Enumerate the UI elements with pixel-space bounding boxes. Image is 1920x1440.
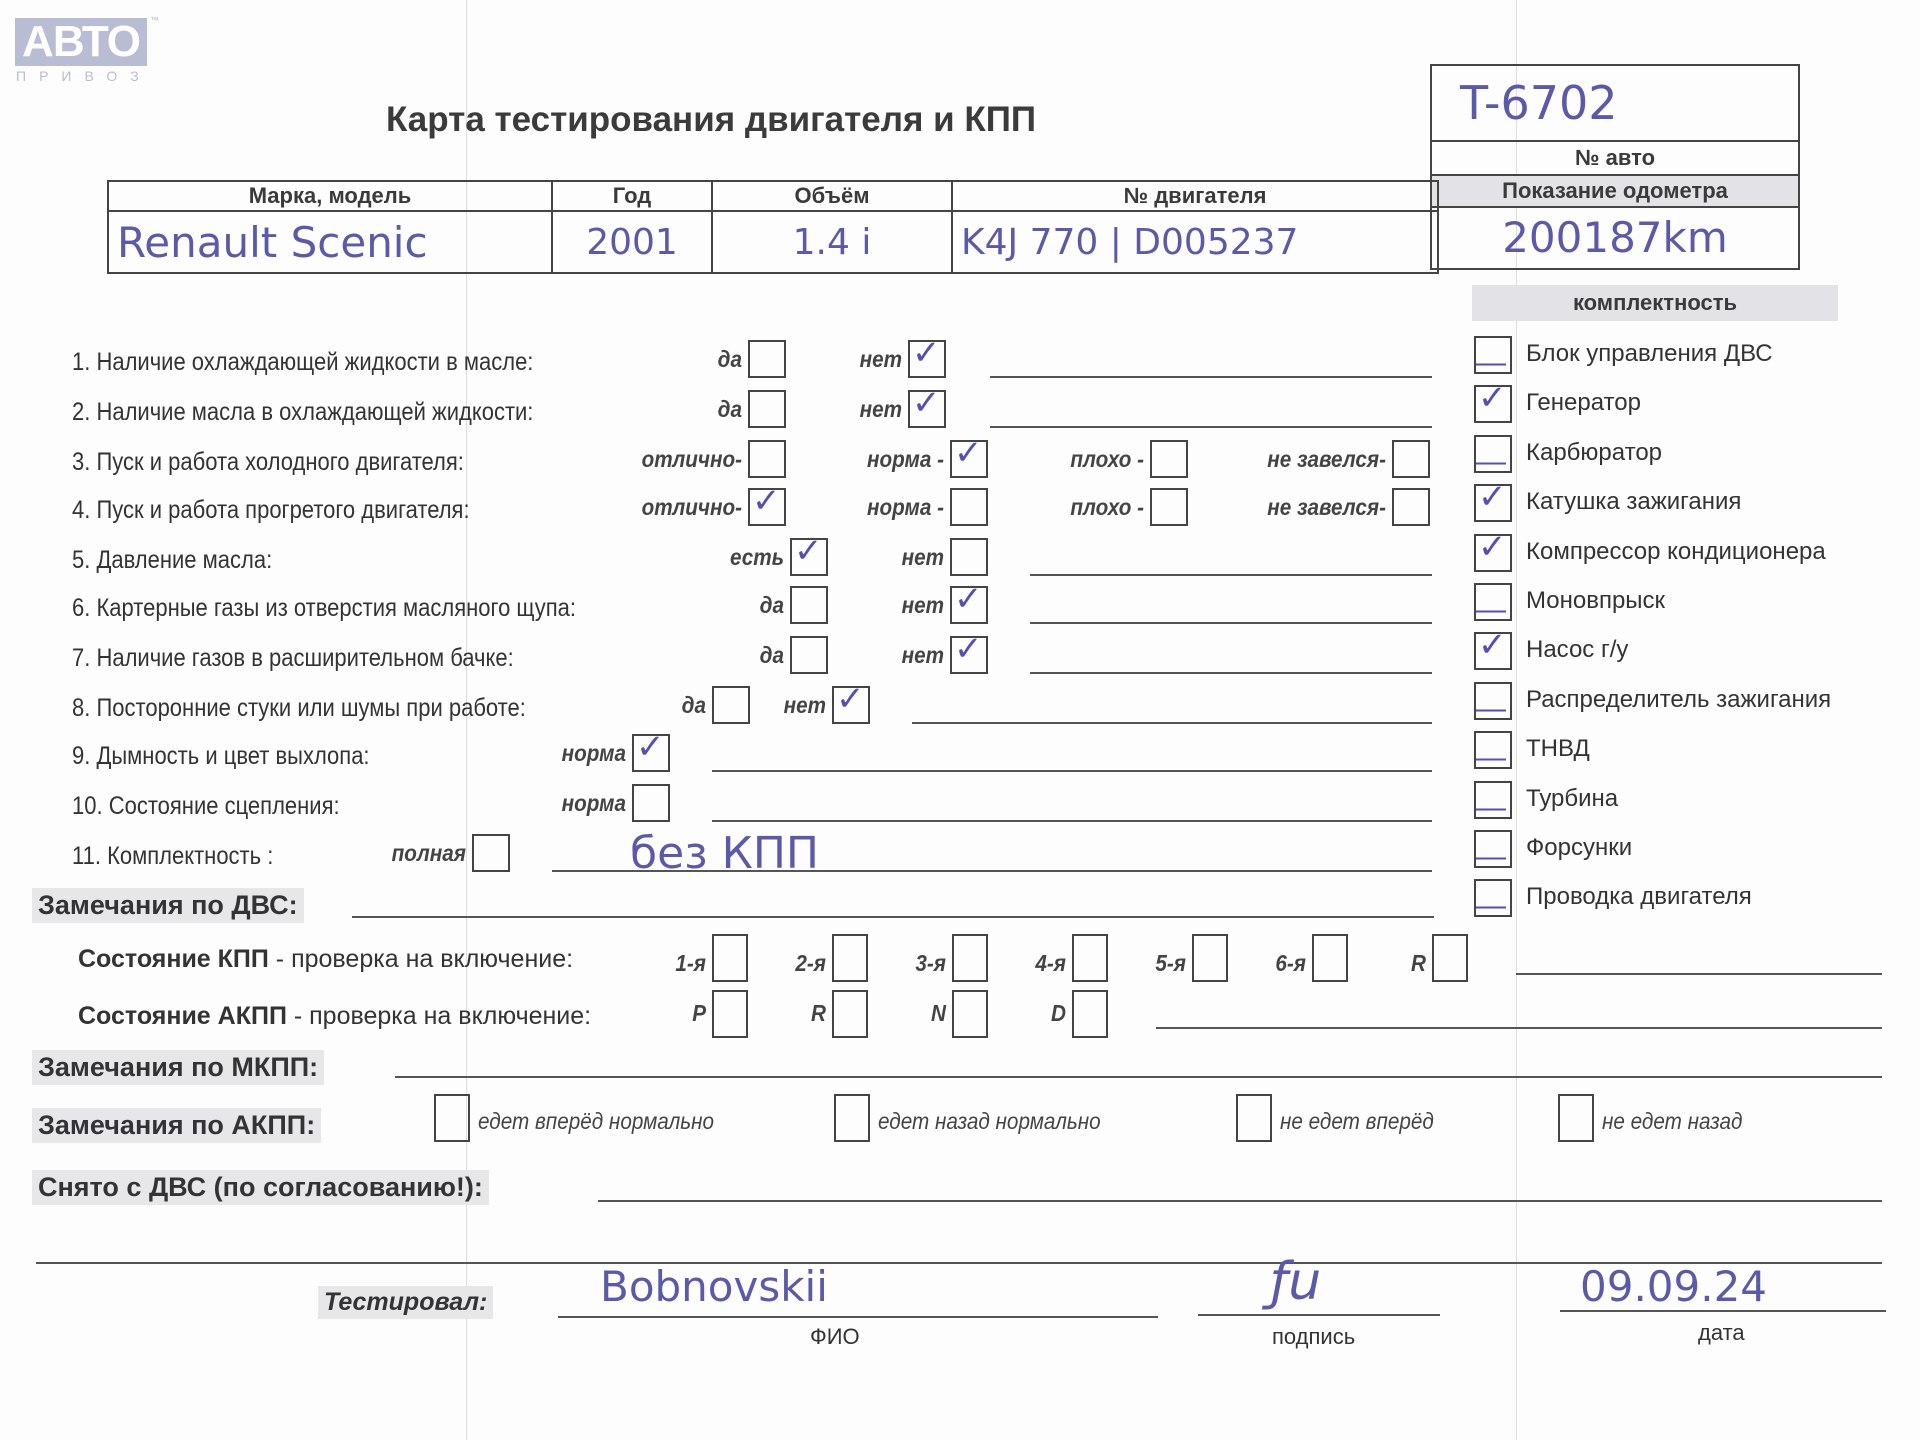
checkbox[interactable]: —	[1474, 830, 1512, 868]
option-label: R	[754, 1000, 826, 1027]
akpp-option-label: не едет назад	[1602, 1108, 1742, 1135]
dash-mark-icon: —	[1476, 743, 1506, 773]
check-notes-field[interactable]	[990, 376, 1432, 378]
akpp-option-label: не едет вперёд	[1280, 1108, 1434, 1135]
check-notes-field[interactable]	[1030, 574, 1432, 576]
dash-mark-icon: —	[1476, 891, 1506, 921]
option-label: нет	[767, 346, 902, 373]
akpp-notes-field[interactable]	[1156, 1027, 1882, 1029]
dash-mark-icon: —	[1476, 595, 1506, 625]
tested-by-label: Тестировал:	[318, 1286, 493, 1319]
check-row-label: 2. Наличие масла в охлаждающей жидкости:	[72, 398, 533, 427]
option-label: да	[607, 346, 742, 373]
check-row-label: 9. Дымность и цвет выхлопа:	[72, 742, 370, 771]
logo: АВТО	[15, 18, 147, 66]
checkbox[interactable]	[434, 1094, 470, 1142]
option-label: да	[649, 642, 784, 669]
tester-name: Bobnovskii	[600, 1262, 828, 1311]
checkbox[interactable]: ✓	[632, 734, 670, 772]
check-row-label: 4. Пуск и работа прогретого двигателя:	[72, 496, 470, 525]
kit-item-label: ТНВД	[1526, 735, 1590, 763]
option-label: нет	[809, 592, 944, 619]
remarks-engine-field[interactable]	[352, 916, 1434, 918]
option-label: R	[1354, 950, 1426, 977]
checkbox[interactable]: ✓	[950, 586, 988, 624]
checkbox[interactable]: ✓	[748, 488, 786, 526]
option-label: есть	[649, 544, 784, 571]
kit-item-label: Блок управления ДВС	[1526, 340, 1773, 368]
signature: ƒu	[1270, 1252, 1321, 1312]
option-label: 3-я	[874, 950, 946, 977]
akpp-label-rest: - проверка на включение:	[287, 1002, 591, 1030]
check-row-label: 8. Посторонние стуки или шумы при работе…	[72, 694, 526, 723]
akpp-option-label: едет вперёд нормально	[478, 1108, 714, 1135]
check-notes-field[interactable]	[990, 426, 1432, 428]
remarks-akpp-label: Замечания по АКПП:	[32, 1108, 321, 1143]
kit-item-label: Проводка двигателя	[1526, 883, 1752, 911]
checkbox[interactable]	[1072, 934, 1108, 982]
option-label: да	[607, 396, 742, 423]
checkbox[interactable]	[1432, 934, 1468, 982]
checkbox[interactable]	[1558, 1094, 1594, 1142]
option-label: норма -	[809, 446, 944, 473]
option-label: 1-я	[634, 950, 706, 977]
checkbox[interactable]: ✓	[1474, 484, 1512, 522]
option-label: норма -	[809, 494, 944, 521]
header-year: Год	[552, 181, 712, 211]
date-caption: дата	[1698, 1320, 1745, 1346]
kit-item-label: Моновпрыск	[1526, 587, 1665, 615]
kit-item-label: Форсунки	[1526, 834, 1632, 862]
kit-item-label: Распределитель зажигания	[1526, 686, 1831, 714]
option-label: D	[994, 1000, 1066, 1027]
checkbox[interactable]	[712, 990, 748, 1038]
checkbox[interactable]	[950, 488, 988, 526]
name-caption: ФИО	[810, 1324, 860, 1350]
engine-number: K4J 770 | D005237	[952, 211, 1438, 273]
checkbox[interactable]	[834, 1094, 870, 1142]
checkbox[interactable]: —	[1474, 682, 1512, 720]
header-make: Марка, модель	[108, 181, 552, 211]
checkbox[interactable]: ✓	[1474, 385, 1512, 423]
option-label: 2-я	[754, 950, 826, 977]
remarks-engine-label: Замечания по ДВС:	[32, 888, 304, 923]
check-mark-icon: ✓	[912, 386, 941, 420]
option-label: нет	[691, 692, 826, 719]
option-label: норма	[491, 790, 626, 817]
vehicle-volume: 1.4 i	[712, 211, 952, 273]
remarks-mkpp-field[interactable]	[395, 1076, 1882, 1078]
checkbox[interactable]: ✓	[908, 340, 946, 378]
check-row-label: 7. Наличие газов в расширительном бачке:	[72, 644, 514, 673]
option-label: нет	[767, 396, 902, 423]
option-label: нет	[809, 642, 944, 669]
auto-number-label: № авто	[1432, 142, 1798, 176]
checkbox[interactable]	[1392, 440, 1430, 478]
option-label: плохо -	[1009, 494, 1144, 521]
check-row-label: 3. Пуск и работа холодного двигателя:	[72, 448, 464, 477]
kit-item-label: Генератор	[1526, 389, 1641, 417]
dash-mark-icon: —	[1476, 842, 1506, 872]
checkbox[interactable]	[472, 834, 510, 872]
option-label: да	[571, 692, 706, 719]
checkbox[interactable]: —	[1474, 336, 1512, 374]
logo-tm: ™	[150, 15, 159, 25]
page-title: Карта тестирования двигателя и КПП	[386, 100, 1036, 140]
vehicle-table: Марка, модель Год Объём № двигателя Rena…	[107, 180, 1439, 274]
checkbox[interactable]: ✓	[908, 390, 946, 428]
check-notes-field[interactable]	[1030, 622, 1432, 624]
checkbox[interactable]: ✓	[950, 636, 988, 674]
checkbox[interactable]	[712, 934, 748, 982]
odometer-value: 200187km	[1432, 208, 1798, 268]
dash-mark-icon: —	[1476, 447, 1506, 477]
option-label: отлично-	[607, 494, 742, 521]
kpp-notes-field[interactable]	[1516, 973, 1882, 975]
tester-name-field[interactable]	[558, 1316, 1158, 1318]
checkbox[interactable]	[1150, 440, 1188, 478]
akpp-label: Состояние АКПП - проверка на включение:	[78, 1002, 591, 1031]
check-mark-icon: ✓	[752, 484, 781, 518]
checkbox[interactable]: ✓	[832, 686, 870, 724]
checkbox[interactable]: ✓	[1474, 534, 1512, 572]
dash-mark-icon: —	[1476, 348, 1506, 378]
header-volume: Объём	[712, 181, 952, 211]
removed-label: Снято с ДВС (по согласованию!):	[32, 1170, 489, 1205]
option-label: 5-я	[1114, 950, 1186, 977]
akpp-label-bold: Состояние АКПП	[78, 1002, 287, 1030]
remarks-mkpp-label: Замечания по МКПП:	[32, 1050, 324, 1085]
check-mark-icon: ✓	[912, 336, 941, 370]
checkbox[interactable]	[1192, 934, 1228, 982]
option-label: не завелся-	[1251, 446, 1386, 473]
checkbox[interactable]	[1236, 1094, 1272, 1142]
kpp-label-bold: Состояние КПП	[78, 945, 269, 973]
logo-subtitle: ПРИВОЗ	[16, 68, 152, 84]
kit-item-label: Компрессор кондиционера	[1526, 538, 1826, 566]
vehicle-year: 2001	[552, 211, 712, 273]
option-label: 6-я	[1234, 950, 1306, 977]
check-row-label: 1. Наличие охлаждающей жидкости в масле:	[72, 348, 533, 377]
kit-item-label: Турбина	[1526, 785, 1618, 813]
checkbox[interactable]: —	[1474, 583, 1512, 621]
kit-item-label: Катушка зажигания	[1526, 488, 1741, 516]
kit-title: комплектность	[1472, 285, 1838, 321]
kit-item-label: Насос г/у	[1526, 636, 1628, 664]
checkbox[interactable]	[1392, 488, 1430, 526]
akpp-option-label: едет назад нормально	[878, 1108, 1101, 1135]
check-mark-icon: ✓	[636, 730, 665, 764]
check-notes-field[interactable]	[1030, 672, 1432, 674]
test-date: 09.09.24	[1580, 1262, 1767, 1311]
checkbox[interactable]	[1072, 990, 1108, 1038]
odometer-label: Показание одометра	[1432, 176, 1798, 208]
checkbox[interactable]	[748, 440, 786, 478]
checkbox[interactable]: —	[1474, 731, 1512, 769]
option-label: не завелся-	[1251, 494, 1386, 521]
check-mark-icon: ✓	[1478, 530, 1507, 564]
dash-mark-icon: —	[1476, 694, 1506, 724]
checkbox[interactable]	[832, 990, 868, 1038]
checkbox[interactable]	[952, 990, 988, 1038]
auto-number: T-6702	[1432, 66, 1798, 142]
dash-mark-icon: —	[1476, 793, 1506, 823]
check-notes-field[interactable]	[712, 770, 1432, 772]
checkbox[interactable]: —	[1474, 879, 1512, 917]
check-row-label: 6. Картерные газы из отверстия масляного…	[72, 594, 576, 623]
checkbox[interactable]	[950, 538, 988, 576]
option-label: 4-я	[994, 950, 1066, 977]
option-label: N	[874, 1000, 946, 1027]
header-engine-no: № двигателя	[952, 181, 1438, 211]
check-mark-icon: ✓	[836, 682, 865, 716]
checkbox[interactable]	[1150, 488, 1188, 526]
checkbox[interactable]	[632, 784, 670, 822]
date-field[interactable]	[1560, 1310, 1886, 1312]
option-label: отлично-	[607, 446, 742, 473]
check-note: без КПП	[630, 828, 819, 879]
kpp-label-rest: - проверка на включение:	[269, 945, 573, 973]
option-label: P	[634, 1000, 706, 1027]
check-mark-icon: ✓	[954, 436, 983, 470]
signature-caption: подпись	[1272, 1324, 1355, 1350]
vehicle-make: Renault Scenic	[108, 211, 552, 273]
check-mark-icon: ✓	[954, 632, 983, 666]
check-row-label: 5. Давление масла:	[72, 546, 272, 575]
checkbox[interactable]: ✓	[1474, 632, 1512, 670]
option-label: норма	[491, 740, 626, 767]
check-row-label: 10. Состояние сцепления:	[72, 792, 340, 821]
option-label: полная	[331, 840, 466, 867]
auto-box: T-6702 № авто Показание одометра 200187k…	[1430, 64, 1800, 270]
check-mark-icon: ✓	[1478, 628, 1507, 662]
checkbox[interactable]: —	[1474, 781, 1512, 819]
check-mark-icon: ✓	[1478, 381, 1507, 415]
checkbox[interactable]	[832, 934, 868, 982]
removed-field[interactable]	[598, 1200, 1882, 1202]
kit-item-label: Карбюратор	[1526, 439, 1662, 467]
checkbox[interactable]: ✓	[950, 440, 988, 478]
kpp-label: Состояние КПП - проверка на включение:	[78, 945, 573, 974]
check-row-label: 11. Комплектность :	[72, 842, 273, 871]
checkbox[interactable]	[952, 934, 988, 982]
checkbox[interactable]	[1312, 934, 1348, 982]
check-mark-icon: ✓	[954, 582, 983, 616]
check-notes-field[interactable]	[712, 820, 1432, 822]
option-label: да	[649, 592, 784, 619]
option-label: плохо -	[1009, 446, 1144, 473]
option-label: нет	[809, 544, 944, 571]
check-notes-field[interactable]	[912, 722, 1432, 724]
signature-field[interactable]	[1198, 1314, 1440, 1316]
check-mark-icon: ✓	[1478, 480, 1507, 514]
checkbox[interactable]: —	[1474, 435, 1512, 473]
